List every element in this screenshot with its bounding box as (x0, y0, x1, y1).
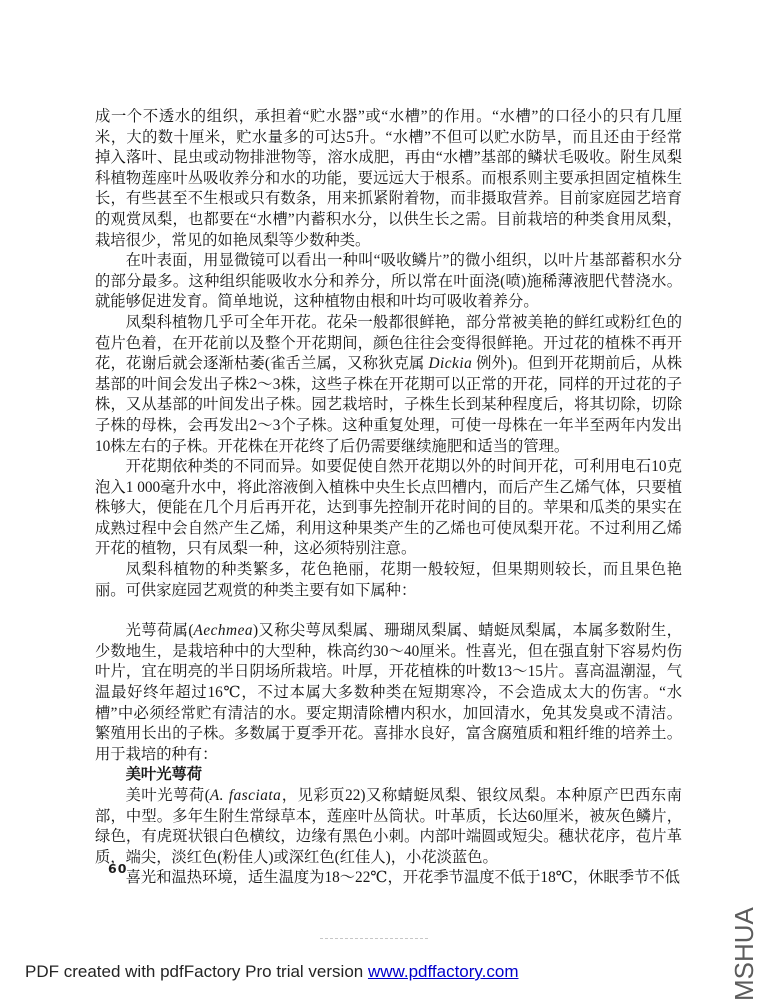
body-paragraph: 成一个不透水的组织，承担着“贮水器”或“水槽”的作用。“水槽”的口径小的只有几厘… (95, 107, 682, 251)
document-page: 成一个不透水的组织，承担着“贮水器”或“水槽”的作用。“水槽”的口径小的只有几厘… (0, 0, 774, 1001)
scan-artifact-dots (320, 938, 428, 939)
body-paragraph: 喜光和温热环境，适生温度为18～22℃，开花季节温度不低于18℃，休眠季节不低 (95, 868, 682, 889)
page-number: 60 (108, 861, 127, 876)
body-paragraph: 开花期依种类的不同而异。如要促使自然开花期以外的时间开花，可利用电石10克泡入1… (95, 457, 682, 560)
paragraph-text: 喜光和温热环境，适生温度为18～22℃，开花季节温度不低于18℃，休眠季节不低 (126, 869, 680, 886)
body-paragraph: 美叶光萼荷(A. fasciata，见彩页22)又称蜻蜓凤梨、银纹凤梨。本种原产… (95, 786, 682, 868)
latin-genus-name: Aechmea (193, 622, 253, 639)
pdf-footer-text: PDF created with pdfFactory Pro trial ve… (25, 962, 368, 981)
body-paragraph: 凤梨科植物的种类繁多，花色艳丽，花期一般较短，但果期则较长，而且果色艳丽。可供家… (95, 560, 682, 601)
body-paragraph: 光萼荷属(Aechmea)又称尖萼凤梨属、珊瑚凤梨属、蜻蜓凤梨属，本属多数附生，… (95, 621, 682, 765)
paragraph-text: 在叶表面，用显微镜可以看出一种叫“吸收鳞片”的微小组织，以叶片基部蓄积水分的部分… (95, 252, 682, 310)
paragraph-text: 开花期依种类的不同而异。如要促使自然开花期以外的时间开花，可利用电石10克泡入1… (95, 458, 682, 557)
paragraph-text: 美叶光萼荷( (126, 787, 210, 804)
paragraph-text: 成一个不透水的组织，承担着“贮水器”或“水槽”的作用。“水槽”的口径小的只有几厘… (95, 108, 682, 249)
latin-genus-name: Dickia (428, 355, 472, 372)
body-paragraph: 凤梨科植物几乎可全年开花。花朵一般都很鲜艳，部分常被美艳的鲜红或粉红色的苞片色着… (95, 313, 682, 457)
page-text: 成一个不透水的组织，承担着“贮水器”或“水槽”的作用。“水槽”的口径小的只有几厘… (95, 107, 682, 889)
watermark-mshua: MSHUA (729, 872, 760, 1001)
species-heading: 美叶光萼荷 (95, 765, 682, 786)
paragraph-text: )又称尖萼凤梨属、珊瑚凤梨属、蜻蜓凤梨属，本属多数附生，少数地生，是栽培种中的大… (95, 622, 682, 763)
paragraph-text: 凤梨科植物的种类繁多，花色艳丽，花期一般较短，但果期则较长，而且果色艳丽。可供家… (95, 561, 682, 599)
latin-species-name: A. fasciata (210, 787, 281, 804)
paragraph-text: 光萼荷属( (126, 622, 194, 639)
body-paragraph: 在叶表面，用显微镜可以看出一种叫“吸收鳞片”的微小组织，以叶片基部蓄积水分的部分… (95, 251, 682, 313)
pdf-footer: PDF created with pdfFactory Pro trial ve… (25, 962, 519, 982)
pdffactory-link[interactable]: www.pdffactory.com (368, 962, 519, 981)
